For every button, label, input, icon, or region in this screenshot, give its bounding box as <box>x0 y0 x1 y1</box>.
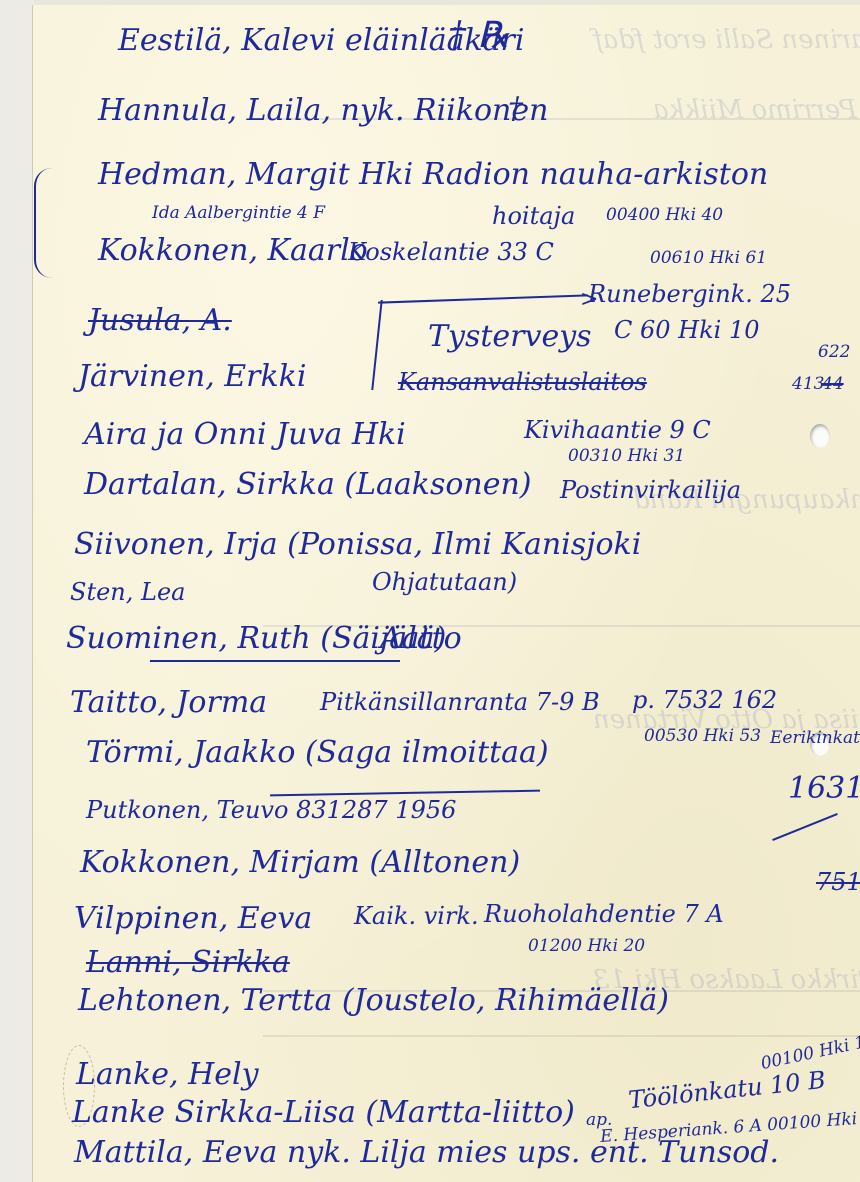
grouping-brace <box>34 168 52 278</box>
entry-lanni-struck: Lanni, Sirkka <box>86 948 290 978</box>
entry-jarvinen-struck-note: Kansanvalistuslaitos <box>398 370 647 394</box>
entry-hedman-title: hoitaja <box>492 204 575 228</box>
entry-mattila: Mattila, Eeva nyk. Lilja mies ups. ent. … <box>74 1138 779 1168</box>
entry-vilppinen-address: Ruoholahdentie 7 A <box>484 902 724 926</box>
ghost-form-line <box>263 1035 860 1037</box>
entry-taitto-address: Pitkänsillanranta 7-9 B <box>320 690 600 714</box>
entry-jarvinen-note-line2: C 60 Hki 10 <box>614 318 759 342</box>
entry-kokkonen-address: Koskelantie 33 C <box>348 240 554 264</box>
entry-eestila-marks: † ℞ <box>448 18 510 54</box>
entry-lehtonen: Lehtonen, Tertta (Joustelo, Rihimäellä) <box>78 986 669 1016</box>
punch-hole <box>810 424 830 448</box>
entry-jarvinen: Järvinen, Erkki <box>78 362 306 392</box>
entry-vilppinen: Vilppinen, Eeva <box>74 904 312 934</box>
entry-kokkonen-postal: 00610 Hki 61 <box>650 250 767 267</box>
entry-putkonen: Putkonen, Teuvo 831287 1956 <box>86 798 456 822</box>
entry-hedman: Hedman, Margit Hki Radion nauha-arkiston <box>98 160 768 190</box>
entry-lanke-sirkka: Lanke Sirkka-Liisa (Martta-liitto) <box>72 1098 575 1128</box>
entry-juva-postal: 00310 Hki 31 <box>568 448 685 465</box>
entry-kokkonen-mirjam-number: 7511 <box>816 870 860 894</box>
entry-jarvinen-note-main: Tysterveys <box>428 322 592 352</box>
entry-hedman-postal: 00400 Hki 40 <box>606 207 723 224</box>
entry-siivonen: Siivonen, Irja (Ponissa, Ilmi Kanisjoki <box>74 530 641 560</box>
entry-tormi: Törmi, Jaakko (Saga ilmoittaa) <box>86 738 549 768</box>
entry-taitto-postal: 00530 Hki 53 <box>644 728 761 745</box>
arrow-head-icon: > <box>580 287 598 312</box>
entry-jarvinen-note-top: Runebergink. 25 <box>588 282 791 306</box>
entry-sten: Sten, Lea <box>70 580 185 604</box>
entry-juva: Aira ja Onni Juva Hki <box>84 420 406 450</box>
entry-taitto-phone: p. 7532 162 <box>632 688 777 712</box>
entry-taitto-extra: Eerikinkatu <box>770 730 860 747</box>
entry-jarvinen-number: 413 <box>792 376 824 393</box>
entry-vilppinen-postal: 01200 Hki 20 <box>528 938 645 955</box>
underline-rule <box>150 660 400 662</box>
scanner-background <box>0 0 34 1182</box>
entry-taitto: Taitto, Jorma <box>70 688 267 718</box>
entry-juva-address: Kivihaantie 9 C <box>524 418 711 442</box>
entry-lanke-hely: Lanke, Hely <box>76 1060 259 1090</box>
entry-vilppinen-note: Kaik. virk. <box>354 904 479 928</box>
entry-sten-note: Ohjatutaan) <box>372 570 517 594</box>
entry-hannula-marks: † <box>508 94 523 124</box>
entry-kokkonen-kaarlo: Kokkonen, Kaarlo <box>98 236 368 266</box>
entry-hannula: Hannula, Laila, nyk. Riikonen <box>98 96 548 126</box>
entry-jarvinen-number-small: 622 <box>818 344 850 361</box>
entry-jarvinen-number-struck: 44 <box>822 376 844 393</box>
entry-hedman-address: Ida Aalbergintie 4 F <box>152 205 325 222</box>
bleed-through-text: Perrimo Miikka <box>653 95 857 125</box>
entry-kokkonen-mirjam: Kokkonen, Mirjam (Alltonen) <box>80 848 520 878</box>
entry-putkonen-number: 1631 <box>788 774 860 804</box>
entry-jusula-struck: Jusula, A. <box>88 306 232 336</box>
entry-dartalan-note: Postinvirkailija <box>560 478 741 502</box>
entry-suominen-note: Aatto <box>380 624 462 654</box>
entry-dartalan: Dartalan, Sirkka (Laaksonen) <box>84 470 532 500</box>
bleed-through-text: Saarinen Salli erot fdaf <box>593 25 860 55</box>
